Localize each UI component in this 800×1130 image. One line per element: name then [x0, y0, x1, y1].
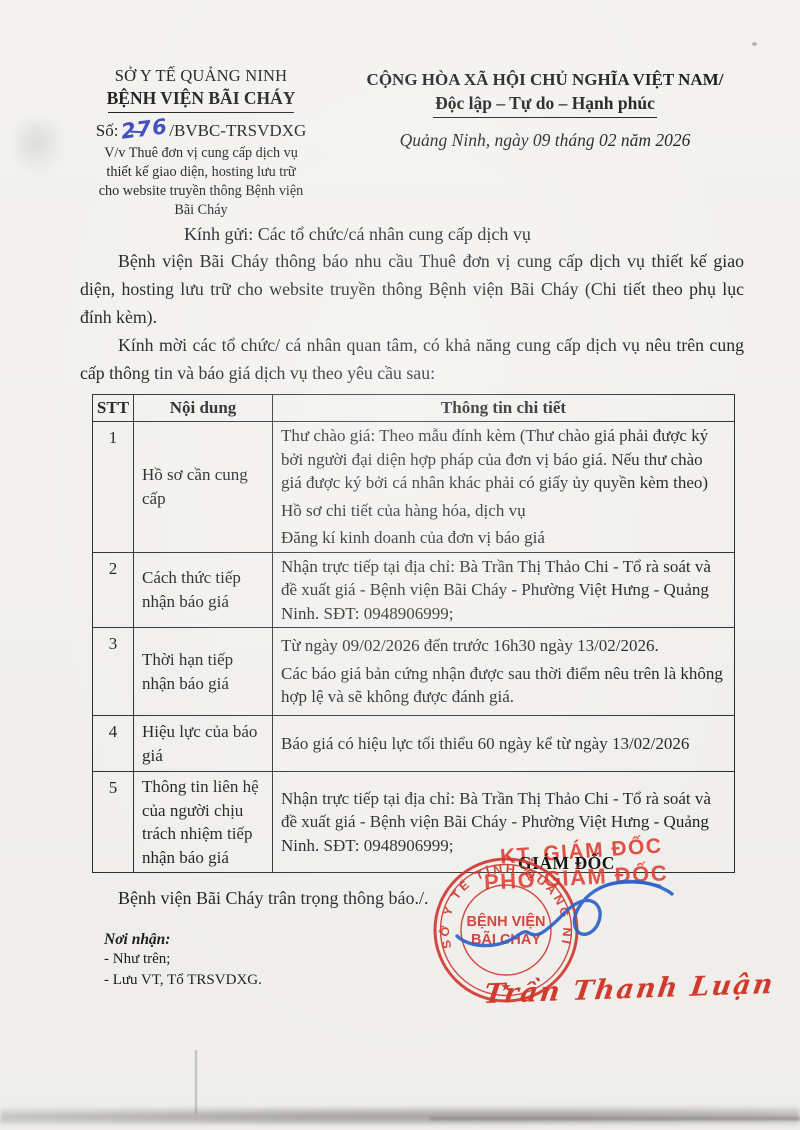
doc-number-handwritten: 276 — [120, 114, 169, 144]
table-header-row: STT Nội dung Thông tin chi tiết — [93, 395, 735, 422]
issuer-parent-org: SỞ Y TẾ QUẢNG NINH — [86, 66, 316, 86]
national-header-block: CỘNG HÒA XÃ HỘI CHỦ NGHĨA VIỆT NAM/ Độc … — [340, 70, 750, 151]
document-subject: V/v Thuê đơn vị cung cấp dịch vụ thiết k… — [86, 144, 316, 220]
scan-edge-shadow — [0, 1104, 800, 1124]
detail-line: Từ ngày 09/02/2026 đến trước 16h30 ngày … — [281, 634, 726, 658]
letterhead-issuer-block: SỞ Y TẾ QUẢNG NINH BỆNH VIỆN BÃI CHÁY Số… — [86, 66, 316, 220]
table-row: 1 Hồ sơ cần cung cấp Thư chào giá: Theo … — [93, 422, 735, 553]
table-row: 3 Thời hạn tiếp nhận báo giá Từ ngày 09/… — [93, 628, 735, 716]
subject-line: thiết kế giao diện, hosting lưu trữ — [86, 163, 316, 182]
table-row: 4 Hiệu lực của báo giá Báo giá có hiệu l… — [93, 716, 735, 772]
doc-number-suffix: /BVBC-TRSVDXG — [169, 121, 306, 140]
row-label: Thời hạn tiếp nhận báo giá — [134, 628, 273, 716]
salutation: Kính gửi: Các tổ chức/cá nhân cung cấp d… — [184, 224, 744, 245]
col-header-stt: STT — [93, 395, 134, 422]
row-details: Từ ngày 09/02/2026 đến trước 16h30 ngày … — [273, 628, 735, 716]
row-label: Hồ sơ cần cung cấp — [134, 422, 273, 553]
handwritten-signature — [452, 872, 696, 976]
detail-line: Nhận trực tiếp tại địa chỉ: Bà Trần Thị … — [281, 555, 726, 626]
country-name: CỘNG HÒA XÃ HỘI CHỦ NGHĨA VIỆT NAM/ — [340, 70, 750, 90]
col-header-thongtin: Thông tin chi tiết — [273, 395, 735, 422]
scan-edge-line — [430, 1117, 800, 1120]
doc-number-prefix: Số: — [96, 121, 119, 140]
row-details: Thư chào giá: Theo mẫu đính kèm (Thư chà… — [273, 422, 735, 553]
row-label: Hiệu lực của báo giá — [134, 716, 273, 772]
national-motto: Độc lập – Tự do – Hạnh phúc — [433, 93, 657, 118]
scan-fold-line — [195, 1050, 197, 1114]
subject-line: Bãi Cháy — [86, 201, 316, 220]
body-paragraph-1: Bệnh viện Bãi Cháy thông báo nhu cầu Thu… — [80, 247, 744, 331]
body-paragraph-2: Kính mời các tổ chức/ cá nhân quan tâm, … — [80, 331, 744, 387]
subject-line: V/v Thuê đơn vị cung cấp dịch vụ — [86, 144, 316, 163]
row-number: 1 — [93, 422, 134, 553]
issuer-underline — [108, 112, 294, 113]
detail-line: Các báo giá bản cứng nhận được sau thời … — [281, 662, 726, 709]
row-label: Cách thức tiếp nhận báo giá — [134, 552, 273, 628]
row-number: 5 — [93, 772, 134, 873]
row-details: Báo giá có hiệu lực tối thiểu 60 ngày kể… — [273, 716, 735, 772]
scan-speck — [752, 42, 757, 46]
place-and-date: Quảng Ninh, ngày 09 tháng 02 năm 2026 — [340, 130, 750, 151]
subject-line: cho website truyền thông Bệnh viện — [86, 182, 316, 201]
detail-line: Đăng kí kinh doanh của đơn vị báo giá — [281, 526, 726, 550]
row-details: Nhận trực tiếp tại địa chỉ: Bà Trần Thị … — [273, 552, 735, 628]
row-number: 3 — [93, 628, 134, 716]
document-number: Số:276/BVBC-TRSVDXG — [86, 117, 316, 141]
detail-line: Thư chào giá: Theo mẫu đính kèm (Thư chà… — [281, 424, 726, 495]
row-number: 2 — [93, 552, 134, 628]
scan-smudge — [16, 120, 68, 178]
row-number: 4 — [93, 716, 134, 772]
signature-block: KT. GIÁM ĐỐC GIÁM ĐỐC PHÓ GIÁM ĐỐC SỞ Y … — [428, 834, 728, 1034]
detail-line: Hồ sơ chi tiết của hàng hóa, dịch vụ — [281, 499, 726, 523]
table-row: 2 Cách thức tiếp nhận báo giá Nhận trực … — [93, 552, 735, 628]
quote-requirements-table: STT Nội dung Thông tin chi tiết 1 Hồ sơ … — [92, 394, 735, 873]
row-label: Thông tin liên hệ của người chịu trách n… — [134, 772, 273, 873]
col-header-noidung: Nội dung — [134, 395, 273, 422]
scanned-official-letter: SỞ Y TẾ QUẢNG NINH BỆNH VIỆN BÃI CHÁY Số… — [0, 0, 800, 1130]
detail-line: Báo giá có hiệu lực tối thiểu 60 ngày kể… — [281, 732, 726, 756]
issuer-org: BỆNH VIỆN BÃI CHÁY — [86, 88, 316, 109]
